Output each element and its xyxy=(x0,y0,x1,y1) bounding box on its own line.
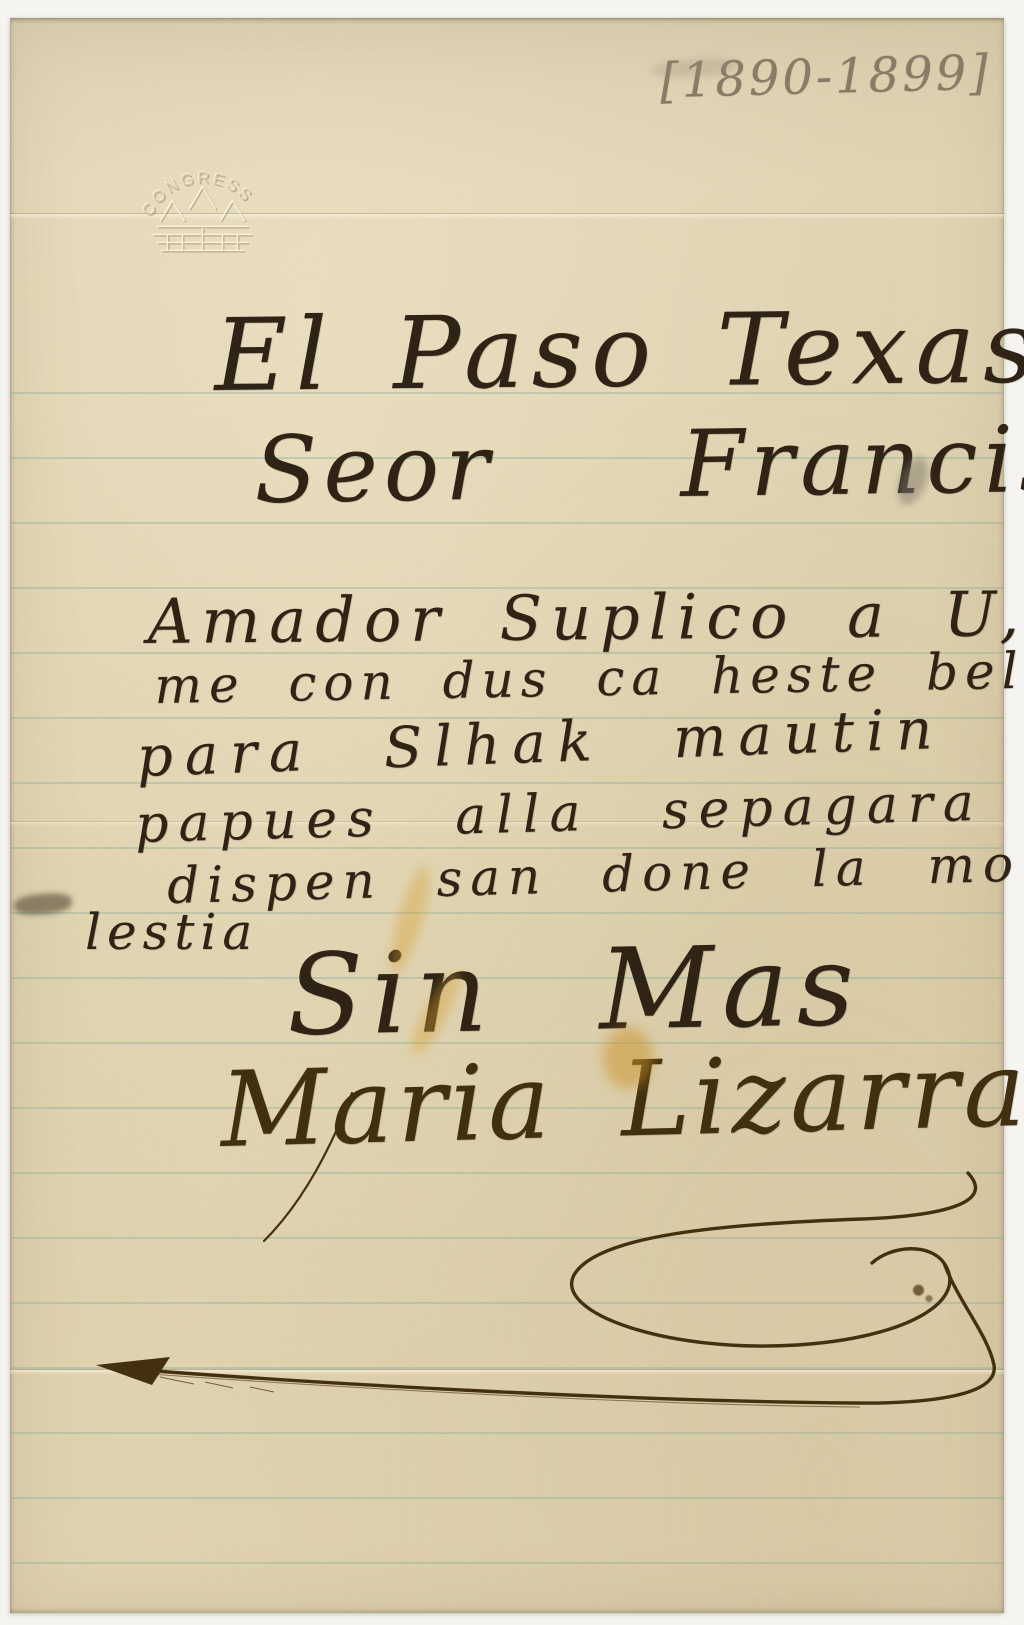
letter-paper: CONGRESS CONGRESS CONGRESS [1890-1899] E… xyxy=(10,18,1004,1613)
flourish-arrowhead xyxy=(96,1357,170,1385)
pencil-date-annotation: [1890-1899] xyxy=(659,45,991,110)
congress-embossed-seal: CONGRESS CONGRESS CONGRESS xyxy=(128,159,278,274)
letter-body-line: lestia xyxy=(85,903,258,961)
flourish-stroke xyxy=(142,1173,994,1403)
letter-salutation: Seor Francisco xyxy=(254,404,1024,524)
letter-scan: CONGRESS CONGRESS CONGRESS [1890-1899] E… xyxy=(0,0,1024,1625)
signature-descender-stroke xyxy=(264,1093,352,1241)
letter-dateline: El Paso Texas xyxy=(214,288,1024,414)
signature-flourish xyxy=(60,1061,1020,1431)
ink-smudge xyxy=(13,892,73,917)
